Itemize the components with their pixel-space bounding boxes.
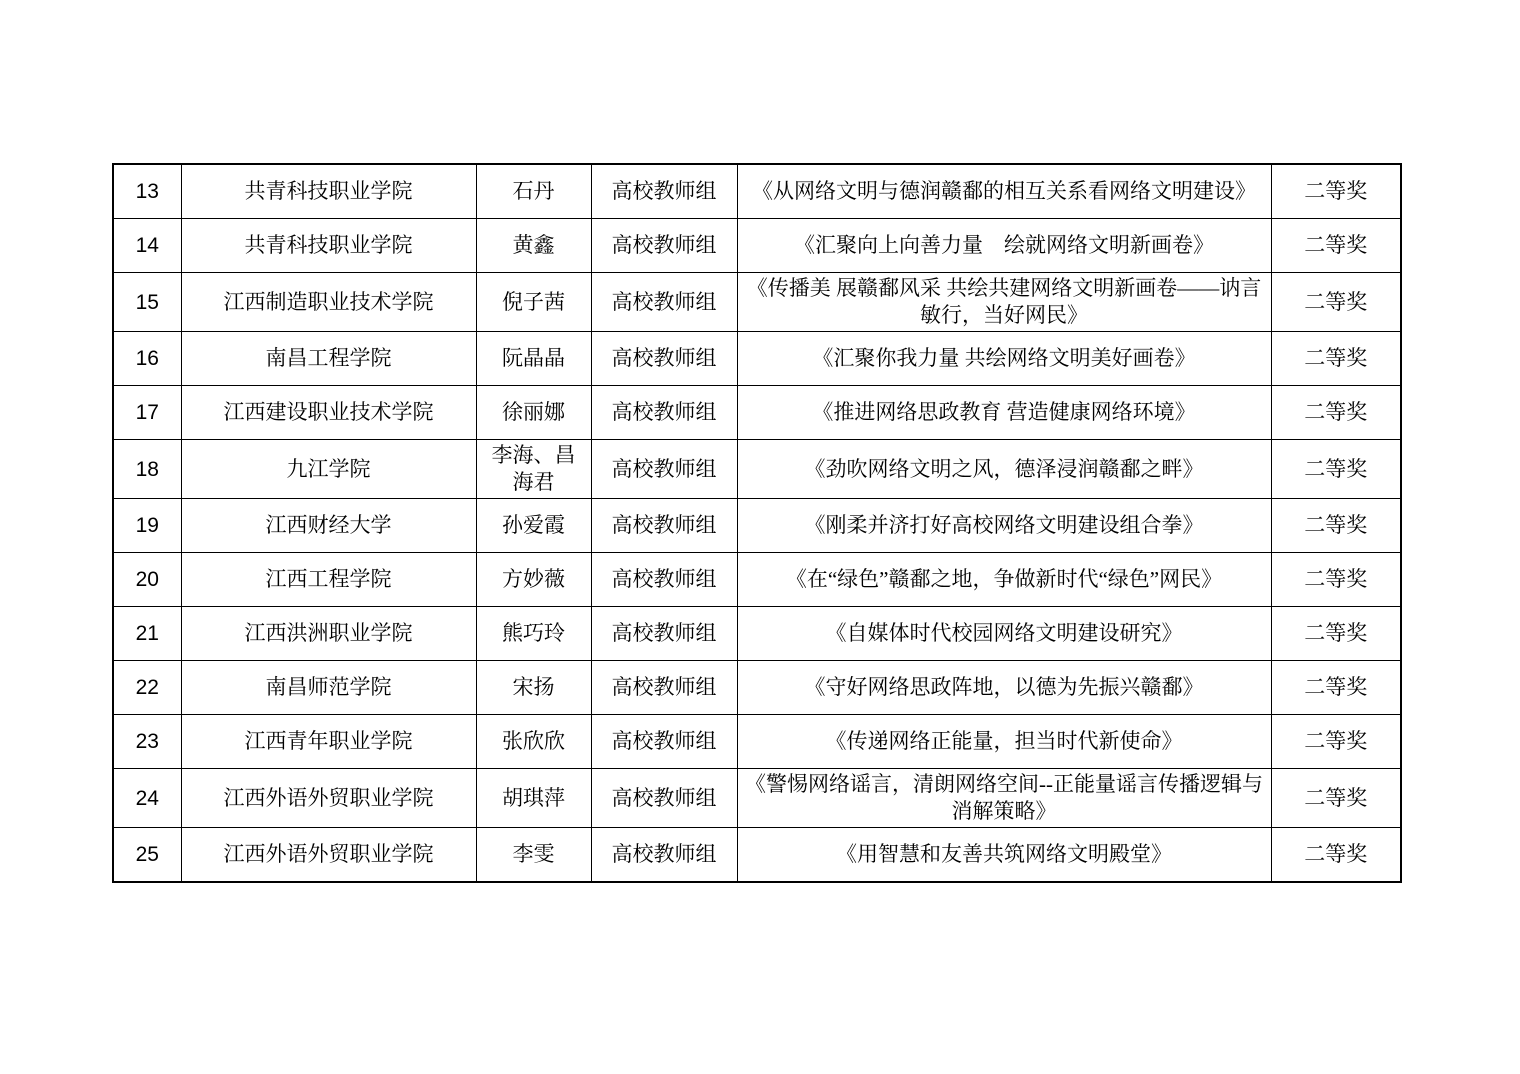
work-title: 《在“绿色”赣鄱之地，争做新时代“绿色”网民》 — [737, 553, 1271, 607]
group-name: 高校教师组 — [591, 715, 737, 769]
school-name: 江西工程学院 — [181, 553, 476, 607]
person-name: 阮晶晶 — [476, 332, 591, 386]
person-name: 石丹 — [476, 164, 591, 219]
person-name: 李海、昌海君 — [476, 440, 591, 499]
person-name: 熊巧玲 — [476, 607, 591, 661]
group-name: 高校教师组 — [591, 828, 737, 883]
row-number: 21 — [113, 607, 181, 661]
group-name: 高校教师组 — [591, 332, 737, 386]
row-number: 24 — [113, 769, 181, 828]
row-number: 15 — [113, 273, 181, 332]
school-name: 共青科技职业学院 — [181, 164, 476, 219]
person-name: 倪子茜 — [476, 273, 591, 332]
award-level: 二等奖 — [1271, 553, 1401, 607]
row-number: 22 — [113, 661, 181, 715]
work-title: 《用智慧和友善共筑网络文明殿堂》 — [737, 828, 1271, 883]
group-name: 高校教师组 — [591, 769, 737, 828]
table-row: 24 江西外语外贸职业学院 胡琪萍 高校教师组 《警惕网络谣言，清朗网络空间--… — [113, 769, 1401, 828]
school-name: 共青科技职业学院 — [181, 219, 476, 273]
table-row: 20 江西工程学院 方妙薇 高校教师组 《在“绿色”赣鄱之地，争做新时代“绿色”… — [113, 553, 1401, 607]
row-number: 18 — [113, 440, 181, 499]
person-name: 宋扬 — [476, 661, 591, 715]
work-title: 《自媒体时代校园网络文明建设研究》 — [737, 607, 1271, 661]
table-row: 17 江西建设职业技术学院 徐丽娜 高校教师组 《推进网络思政教育 营造健康网络… — [113, 386, 1401, 440]
school-name: 南昌师范学院 — [181, 661, 476, 715]
school-name: 江西洪洲职业学院 — [181, 607, 476, 661]
person-name: 徐丽娜 — [476, 386, 591, 440]
award-level: 二等奖 — [1271, 440, 1401, 499]
person-name: 方妙薇 — [476, 553, 591, 607]
group-name: 高校教师组 — [591, 164, 737, 219]
award-level: 二等奖 — [1271, 164, 1401, 219]
work-title: 《警惕网络谣言，清朗网络空间--正能量谣言传播逻辑与消解策略》 — [737, 769, 1271, 828]
group-name: 高校教师组 — [591, 499, 737, 553]
award-table-body: 13 共青科技职业学院 石丹 高校教师组 《从网络文明与德润赣鄱的相互关系看网络… — [113, 164, 1401, 882]
table-row: 25 江西外语外贸职业学院 李雯 高校教师组 《用智慧和友善共筑网络文明殿堂》 … — [113, 828, 1401, 883]
award-table: 13 共青科技职业学院 石丹 高校教师组 《从网络文明与德润赣鄱的相互关系看网络… — [112, 163, 1402, 883]
group-name: 高校教师组 — [591, 661, 737, 715]
person-name: 胡琪萍 — [476, 769, 591, 828]
person-name: 李雯 — [476, 828, 591, 883]
group-name: 高校教师组 — [591, 219, 737, 273]
row-number: 19 — [113, 499, 181, 553]
row-number: 25 — [113, 828, 181, 883]
group-name: 高校教师组 — [591, 273, 737, 332]
table-row: 19 江西财经大学 孙爱霞 高校教师组 《刚柔并济打好高校网络文明建设组合拳》 … — [113, 499, 1401, 553]
work-title: 《推进网络思政教育 营造健康网络环境》 — [737, 386, 1271, 440]
table-row: 13 共青科技职业学院 石丹 高校教师组 《从网络文明与德润赣鄱的相互关系看网络… — [113, 164, 1401, 219]
group-name: 高校教师组 — [591, 607, 737, 661]
table-row: 16 南昌工程学院 阮晶晶 高校教师组 《汇聚你我力量 共绘网络文明美好画卷》 … — [113, 332, 1401, 386]
person-name: 黄鑫 — [476, 219, 591, 273]
work-title: 《汇聚你我力量 共绘网络文明美好画卷》 — [737, 332, 1271, 386]
table-row: 22 南昌师范学院 宋扬 高校教师组 《守好网络思政阵地，以德为先振兴赣鄱》 二… — [113, 661, 1401, 715]
award-level: 二等奖 — [1271, 499, 1401, 553]
school-name: 南昌工程学院 — [181, 332, 476, 386]
school-name: 江西财经大学 — [181, 499, 476, 553]
group-name: 高校教师组 — [591, 386, 737, 440]
row-number: 13 — [113, 164, 181, 219]
work-title: 《守好网络思政阵地，以德为先振兴赣鄱》 — [737, 661, 1271, 715]
group-name: 高校教师组 — [591, 553, 737, 607]
work-title: 《汇聚向上向善力量 绘就网络文明新画卷》 — [737, 219, 1271, 273]
award-level: 二等奖 — [1271, 219, 1401, 273]
school-name: 江西外语外贸职业学院 — [181, 769, 476, 828]
award-level: 二等奖 — [1271, 273, 1401, 332]
work-title: 《劲吹网络文明之风，德泽浸润赣鄱之畔》 — [737, 440, 1271, 499]
award-level: 二等奖 — [1271, 715, 1401, 769]
award-level: 二等奖 — [1271, 332, 1401, 386]
row-number: 17 — [113, 386, 181, 440]
work-title: 《从网络文明与德润赣鄱的相互关系看网络文明建设》 — [737, 164, 1271, 219]
row-number: 23 — [113, 715, 181, 769]
group-name: 高校教师组 — [591, 440, 737, 499]
row-number: 20 — [113, 553, 181, 607]
work-title: 《刚柔并济打好高校网络文明建设组合拳》 — [737, 499, 1271, 553]
award-level: 二等奖 — [1271, 386, 1401, 440]
person-name: 孙爱霞 — [476, 499, 591, 553]
award-level: 二等奖 — [1271, 769, 1401, 828]
table-row: 14 共青科技职业学院 黄鑫 高校教师组 《汇聚向上向善力量 绘就网络文明新画卷… — [113, 219, 1401, 273]
school-name: 江西制造职业技术学院 — [181, 273, 476, 332]
work-title: 《传递网络正能量，担当时代新使命》 — [737, 715, 1271, 769]
row-number: 14 — [113, 219, 181, 273]
school-name: 江西建设职业技术学院 — [181, 386, 476, 440]
table-row: 23 江西青年职业学院 张欣欣 高校教师组 《传递网络正能量，担当时代新使命》 … — [113, 715, 1401, 769]
row-number: 16 — [113, 332, 181, 386]
award-level: 二等奖 — [1271, 607, 1401, 661]
school-name: 江西外语外贸职业学院 — [181, 828, 476, 883]
award-level: 二等奖 — [1271, 661, 1401, 715]
table-row: 15 江西制造职业技术学院 倪子茜 高校教师组 《传播美 展赣鄱风采 共绘共建网… — [113, 273, 1401, 332]
work-title: 《传播美 展赣鄱风采 共绘共建网络文明新画卷——讷言敏行，当好网民》 — [737, 273, 1271, 332]
school-name: 九江学院 — [181, 440, 476, 499]
document-page: 13 共青科技职业学院 石丹 高校教师组 《从网络文明与德润赣鄱的相互关系看网络… — [0, 0, 1520, 1074]
person-name: 张欣欣 — [476, 715, 591, 769]
table-row: 21 江西洪洲职业学院 熊巧玲 高校教师组 《自媒体时代校园网络文明建设研究》 … — [113, 607, 1401, 661]
award-level: 二等奖 — [1271, 828, 1401, 883]
school-name: 江西青年职业学院 — [181, 715, 476, 769]
table-row: 18 九江学院 李海、昌海君 高校教师组 《劲吹网络文明之风，德泽浸润赣鄱之畔》… — [113, 440, 1401, 499]
